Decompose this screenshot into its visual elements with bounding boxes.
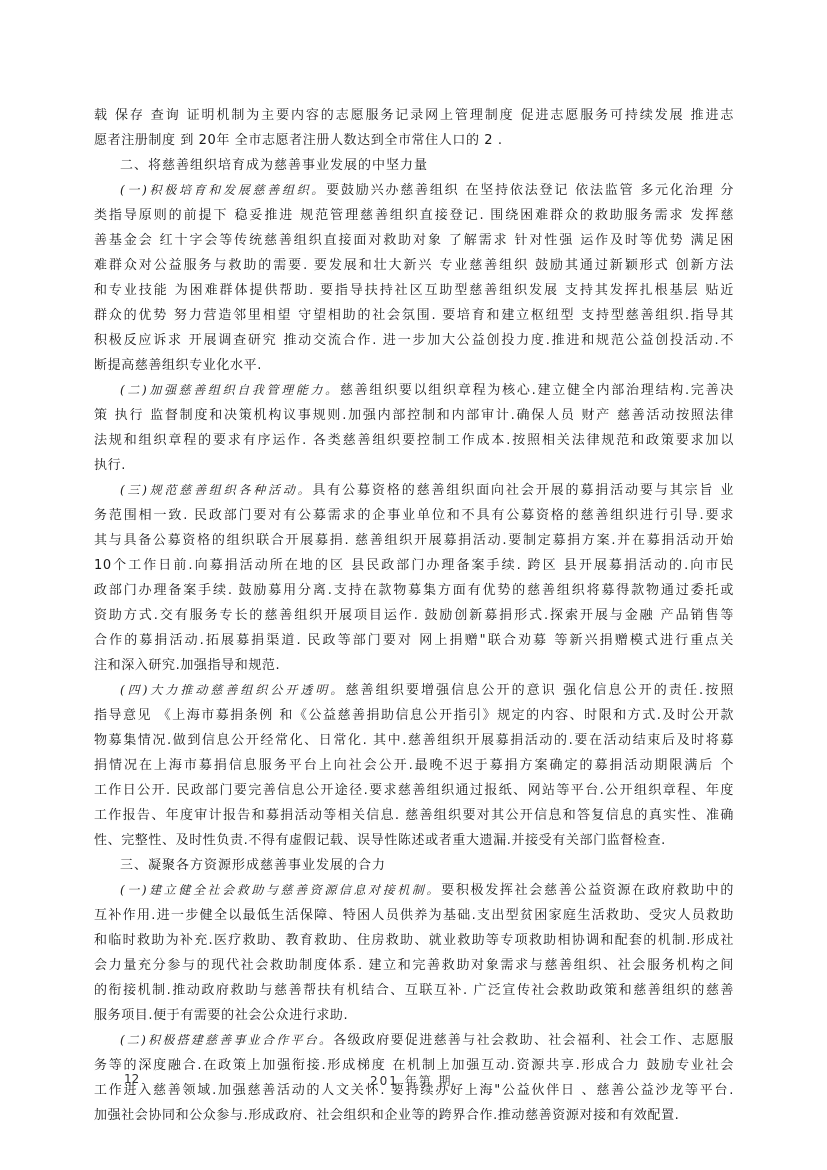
body-line: 其与具备公募资格的组织联合开展募捐. 慈善组织开展募捐活动.要制定募捐方案.并在… — [94, 528, 734, 553]
body-line: 难群众对公益服务与救助的需要. 要发展和壮大新兴 专业慈善组织 鼓励其通过新颖形… — [94, 253, 734, 278]
item-first-line: (二)加强慈善组织自我管理能力。慈善组织要以组织章程为核心.建立健全内部治理结构… — [94, 378, 734, 403]
document-page: 载 保存 查询 证明机制为主要内容的志愿服务记录网上管理制度 促进志愿服务可持续… — [94, 103, 734, 1128]
body-line: 和专业技能 为困难群体提供帮助. 要指导扶持社区互助型慈善组织发展 支持其发挥扎… — [94, 278, 734, 303]
issue-label: 201 年第 期 — [370, 1072, 453, 1089]
item-text: 要鼓励兴办慈善组织 在坚持依法登记 依法监管 多元化治理 分 — [326, 183, 734, 198]
body-line: 注和深入研究.加强指导和规范. — [94, 653, 734, 678]
body-line: 积极反应诉求 开展调查研究 推动交流合作. 进一步加大公益创投力度.推进和规范公… — [94, 328, 734, 353]
item-title: (二)积极搭建慈善事业合作平台。 — [120, 1033, 333, 1047]
body-line: 捐情况在上海市募捐信息服务平台上向社会公开.最晚不迟于募捐方案确定的募捐活动期限… — [94, 753, 734, 778]
item-title: (一)积极培育和发展慈善组织。 — [120, 183, 326, 197]
body-line: 互补作用.进一步健全以最低生活保障、特困人员供养为基础.支出型贫困家庭生活救助、… — [94, 903, 734, 928]
body-line: 工作报告、年度审计报告和募捐活动等相关信息. 慈善组织要对其公开信息和答复信息的… — [94, 803, 734, 828]
body-line: 法规和组织章程的要求有序运作. 各类慈善组织要控制工作成本.按照相关法律规范和政… — [94, 428, 734, 453]
body-line: 会力量充分参与的现代社会救助制度体系. 建立和完善救助对象需求与慈善组织、社会服… — [94, 953, 734, 978]
body-line: 合作的募捐活动.拓展募捐渠道. 民政等部门要对 网上捐赠"联合劝募 等新兴捐赠模… — [94, 628, 734, 653]
page-number: 12 — [124, 1072, 139, 1086]
item-text: 要积极发挥社会慈善公益资源在政府救助中的 — [441, 883, 734, 898]
body-line: 的衔接机制.推动政府救助与慈善帮扶有机结合、互联互补. 广泛宣传社会救助政策和慈… — [94, 978, 734, 1003]
body-line: 服务项目.便于有需要的社会公众进行求助. — [94, 1003, 734, 1028]
item-title: (四)大力推动慈善组织公开透明。 — [120, 683, 345, 697]
body-line: 物募集情况.做到信息公开经常化、日常化. 其中.慈善组织开展募捐活动的.要在活动… — [94, 728, 734, 753]
body-line: 载 保存 查询 证明机制为主要内容的志愿服务记录网上管理制度 促进志愿服务可持续… — [94, 103, 734, 128]
section-heading-2: 二、将慈善组织培育成为慈善事业发展的中坚力量 — [94, 153, 734, 178]
body-line: 执行. — [94, 453, 734, 478]
body-line: 类指导原则的前提下 稳妥推进 规范管理慈善组织直接登记. 围绕困难群众的救助服务… — [94, 203, 734, 228]
body-line: 性、完整性、及时性负责.不得有虚假记载、误导性陈述或者重大遗漏.并接受有关部门监… — [94, 828, 734, 853]
body-line: 善基金会 红十字会等传统慈善组织直接面对救助对象 了解需求 针对性强 运作及时等… — [94, 228, 734, 253]
item-text: 各级政府要促进慈善与社会救助、社会福利、社会工作、志愿服 — [333, 1033, 734, 1048]
body-line: 和临时救助为补充.医疗救助、教育救助、住房救助、就业救助等专项救助相协调和配套的… — [94, 928, 734, 953]
body-line: 愿者注册制度 到 20年 全市志愿者注册人数达到全市常住人口的 2 . — [94, 128, 734, 153]
item-first-line: (四)大力推动慈善组织公开透明。慈善组织要增强信息公开的意识 强化信息公开的责任… — [94, 678, 734, 703]
item-text: 慈善组织要增强信息公开的意识 强化信息公开的责任.按照 — [345, 683, 734, 698]
page-footer: 12 201 年第 期 — [0, 1072, 827, 1092]
item-text: 具有公募资格的慈善组织面向社会开展的募捐活动要与其宗旨 业 — [312, 483, 734, 498]
item-text: 慈善组织要以组织章程为核心.建立健全内部治理结构.完善决 — [340, 383, 734, 398]
body-line: 策 执行 监督制度和决策机构议事规则.加强内部控制和内部审计.确保人员 财产 慈… — [94, 403, 734, 428]
section-heading-3: 三、凝聚各方资源形成慈善事业发展的合力 — [94, 853, 734, 878]
body-line: 资助方式.交有服务专长的慈善组织开展项目运作. 鼓励创新募捐形式.探索开展与金融… — [94, 603, 734, 628]
body-line: 政部门办理备案手续. 鼓励募用分离.支持在款物募集方面有优势的慈善组织将募得款物… — [94, 578, 734, 603]
item-first-line: (一)建立健全社会救助与慈善资源信息对接机制。要积极发挥社会慈善公益资源在政府救… — [94, 878, 734, 903]
body-line: 群众的优势 努力营造邻里相望 守望相助的社会氛围. 要培育和建立枢纽型 支持型慈… — [94, 303, 734, 328]
item-title: (二)加强慈善组织自我管理能力。 — [120, 383, 340, 397]
body-line: 10个工作日前.向募捐活动所在地的区 县民政部门办理备案手续. 跨区 县开展募捐… — [94, 553, 734, 578]
item-title: (一)建立健全社会救助与慈善资源信息对接机制。 — [120, 883, 441, 897]
item-first-line: (二)积极搭建慈善事业合作平台。各级政府要促进慈善与社会救助、社会福利、社会工作… — [94, 1028, 734, 1053]
body-line: 工作日公开. 民政部门要完善信息公开途径.要求慈善组织通过报纸、网站等平台.公开… — [94, 778, 734, 803]
item-first-line: (三)规范慈善组织各种活动。具有公募资格的慈善组织面向社会开展的募捐活动要与其宗… — [94, 478, 734, 503]
item-title: (三)规范慈善组织各种活动。 — [120, 483, 312, 497]
body-line: 指导意见 《上海市募捐条例 和《公益慈善捐助信息公开指引》规定的内容、时限和方式… — [94, 703, 734, 728]
body-line: 断提高慈善组织专业化水平. — [94, 353, 734, 378]
item-first-line: (一)积极培育和发展慈善组织。要鼓励兴办慈善组织 在坚持依法登记 依法监管 多元… — [94, 178, 734, 203]
body-line: 加强社会协同和公众参与.形成政府、社会组织和企业等的跨界合作.推动慈善资源对接和… — [94, 1103, 734, 1128]
body-line: 务范围相一致. 民政部门要对有公募需求的企事业单位和不具有公募资格的慈善组织进行… — [94, 503, 734, 528]
